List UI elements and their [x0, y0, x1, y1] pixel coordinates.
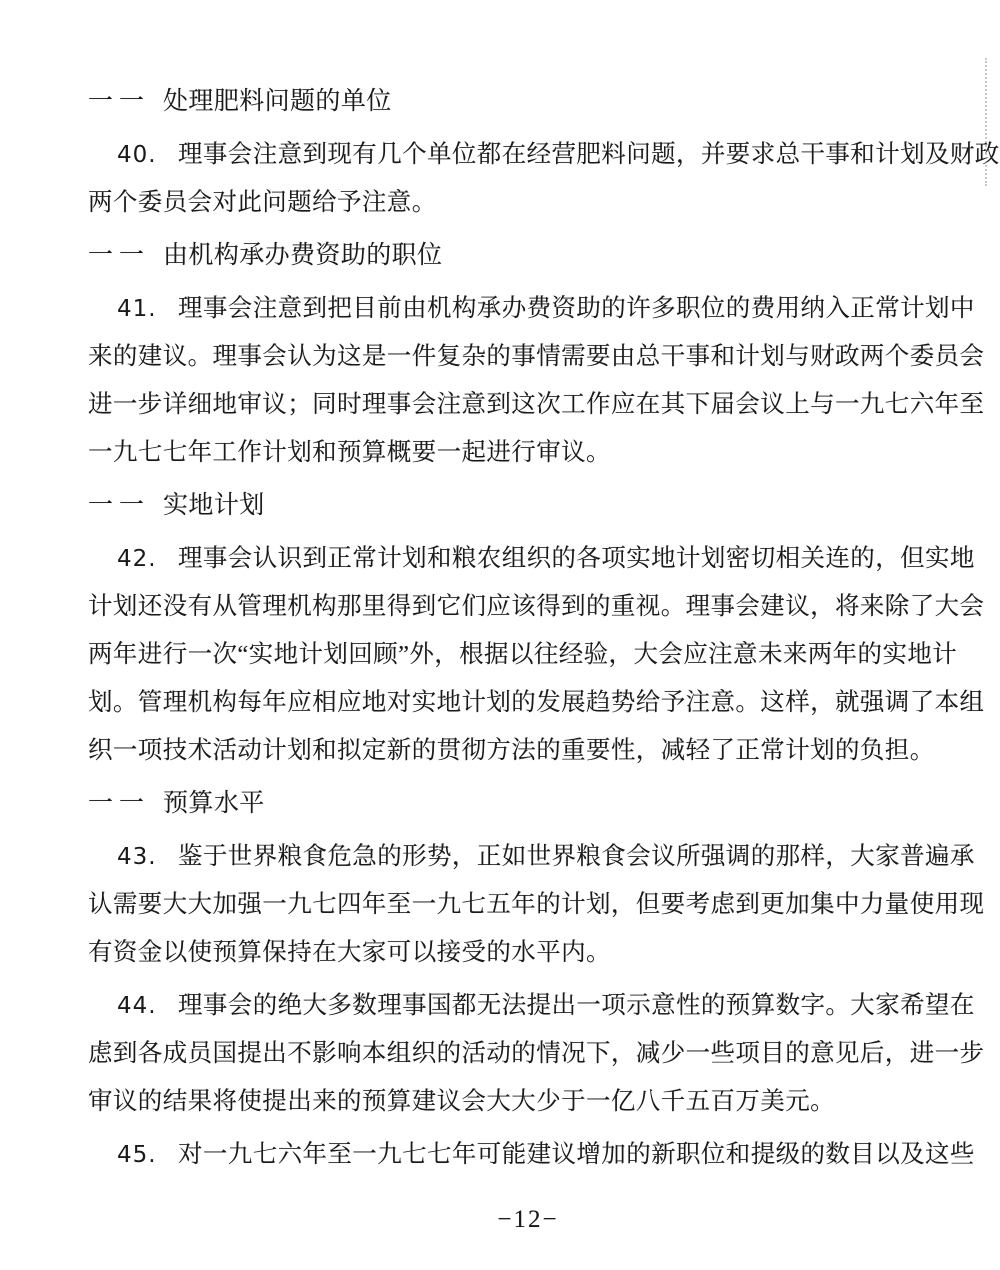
section-marker: 一一: [88, 492, 150, 519]
paragraph-line: 认需要大大加强一九七四年至一九七五年的计划，但要考虑到更加集中力量使用现: [0, 881, 1000, 929]
section-heading-text: 处理肥料问题的单位: [163, 88, 392, 115]
paragraph-text: 理事会认识到正常计划和粮农组织的各项实地计划密切相关连的，但实地: [178, 545, 975, 572]
paragraph-line: 43.鉴于世界粮食危急的形势，正如世界粮食会议所强调的那样，大家普遍承: [0, 833, 1000, 881]
paragraph-text: 两个委员会对此问题给予注意。: [88, 189, 437, 216]
section-heading: 一一预算水平: [0, 780, 1000, 828]
paragraph-line: 两个委员会对此问题给予注意。: [0, 179, 1000, 227]
paragraph-text: 计划还没有从管理机构那里得到它们应该得到的重视。理事会建议，将来除了大会: [88, 593, 984, 620]
section-heading: 一一处理肥料问题的单位: [0, 78, 1000, 126]
paragraph-text: 一九七七年工作计划和预算概要一起进行审议。: [88, 439, 611, 466]
paragraph-line: 44.理事会的绝大多数理事国都无法提出一项示意性的预算数字。大家希望在: [0, 982, 1000, 1030]
paragraph-number: 40.: [117, 131, 178, 179]
paragraph-line: 划。管理机构每年应相应地对实地计划的发展趋势给予注意。这样，就强调了本组: [0, 679, 1000, 727]
paragraph-number: 45.: [117, 1131, 178, 1179]
paragraph-line: 来的建议。理事会认为这是一件复杂的事情需要由总干事和计划与财政两个委员会: [0, 333, 1000, 381]
section-heading-text: 预算水平: [163, 790, 265, 817]
section-marker: 一一: [88, 88, 150, 115]
page-number: −12−: [56, 1196, 1000, 1244]
paragraph-text: 来的建议。理事会认为这是一件复杂的事情需要由总干事和计划与财政两个委员会: [88, 343, 984, 370]
paragraph-text: 对一九七六年至一九七七年可能建议增加的新职位和提级的数目以及这些: [178, 1141, 975, 1168]
section-marker: 一一: [88, 790, 150, 817]
paragraph-text: 认需要大大加强一九七四年至一九七五年的计划，但要考虑到更加集中力量使用现: [88, 891, 984, 918]
paragraph-text: 进一步详细地审议；同时理事会注意到这次工作应在其下届会议上与一九七六年至: [88, 391, 984, 418]
paragraph-text: 理事会的绝大多数理事国都无法提出一项示意性的预算数字。大家希望在: [178, 992, 975, 1019]
paragraph-line: 两年进行一次“实地计划回顾”外，根据以往经验，大会应注意未来两年的实地计: [0, 631, 1000, 679]
paragraph-line: 有资金以使预算保持在大家可以接受的水平内。: [0, 929, 1000, 977]
section-heading: 一一由机构承办费资助的职位: [0, 232, 1000, 280]
paragraph-text: 理事会注意到现有几个单位都在经营肥料问题，并要求总干事和计划及财政: [178, 141, 1000, 168]
paragraph-number: 42.: [117, 535, 178, 583]
section-heading: 一一实地计划: [0, 482, 1000, 530]
paragraph-line: 一九七七年工作计划和预算概要一起进行审议。: [0, 429, 1000, 477]
paragraph-text: 织一项技术活动计划和拟定新的贯彻方法的重要性，减轻了正常计划的负担。: [88, 737, 935, 764]
paragraph-line: 织一项技术活动计划和拟定新的贯彻方法的重要性，减轻了正常计划的负担。: [0, 727, 1000, 775]
paragraph-number: 43.: [117, 833, 178, 881]
paragraph-line: 进一步详细地审议；同时理事会注意到这次工作应在其下届会议上与一九七六年至: [0, 381, 1000, 429]
paragraph-text: 划。管理机构每年应相应地对实地计划的发展趋势给予注意。这样，就强调了本组: [88, 689, 984, 716]
paragraph-line: 42.理事会认识到正常计划和粮农组织的各项实地计划密切相关连的，但实地: [0, 535, 1000, 583]
section-heading-text: 由机构承办费资助的职位: [163, 242, 442, 269]
paragraph-line: 计划还没有从管理机构那里得到它们应该得到的重视。理事会建议，将来除了大会: [0, 583, 1000, 631]
paragraph-line: 45.对一九七六年至一九七七年可能建议增加的新职位和提级的数目以及这些: [0, 1131, 1000, 1179]
paragraph-number: 41.: [117, 285, 178, 333]
document-body: 一一处理肥料问题的单位40.理事会注意到现有几个单位都在经营肥料问题，并要求总干…: [0, 73, 1000, 1179]
paragraph-number: 44.: [117, 982, 178, 1030]
paragraph-text: 有资金以使预算保持在大家可以接受的水平内。: [88, 939, 611, 966]
section-marker: 一一: [88, 242, 150, 269]
paragraph-line: 审议的结果将使提出来的预算建议会大大少于一亿八千五百万美元。: [0, 1078, 1000, 1126]
document-page: 一一处理肥料问题的单位40.理事会注意到现有几个单位都在经营肥料问题，并要求总干…: [0, 0, 1000, 1270]
paragraph-text: 鉴于世界粮食危急的形势，正如世界粮食会议所强调的那样，大家普遍承: [178, 843, 975, 870]
paragraph-text: 虑到各成员国提出不影响本组织的活动的情况下，减少一些项目的意见后，进一步: [88, 1040, 984, 1067]
section-heading-text: 实地计划: [163, 492, 265, 519]
paragraph-text: 两年进行一次“实地计划回顾”外，根据以往经验，大会应注意未来两年的实地计: [88, 641, 957, 668]
paragraph-text: 理事会注意到把目前由机构承办费资助的许多职位的费用纳入正常计划中: [178, 295, 975, 322]
scan-artifact-dots: [985, 58, 987, 186]
paragraph-line: 40.理事会注意到现有几个单位都在经营肥料问题，并要求总干事和计划及财政: [0, 131, 1000, 179]
paragraph-line: 41.理事会注意到把目前由机构承办费资助的许多职位的费用纳入正常计划中: [0, 285, 1000, 333]
paragraph-line: 虑到各成员国提出不影响本组织的活动的情况下，减少一些项目的意见后，进一步: [0, 1030, 1000, 1078]
paragraph-text: 审议的结果将使提出来的预算建议会大大少于一亿八千五百万美元。: [88, 1088, 835, 1115]
